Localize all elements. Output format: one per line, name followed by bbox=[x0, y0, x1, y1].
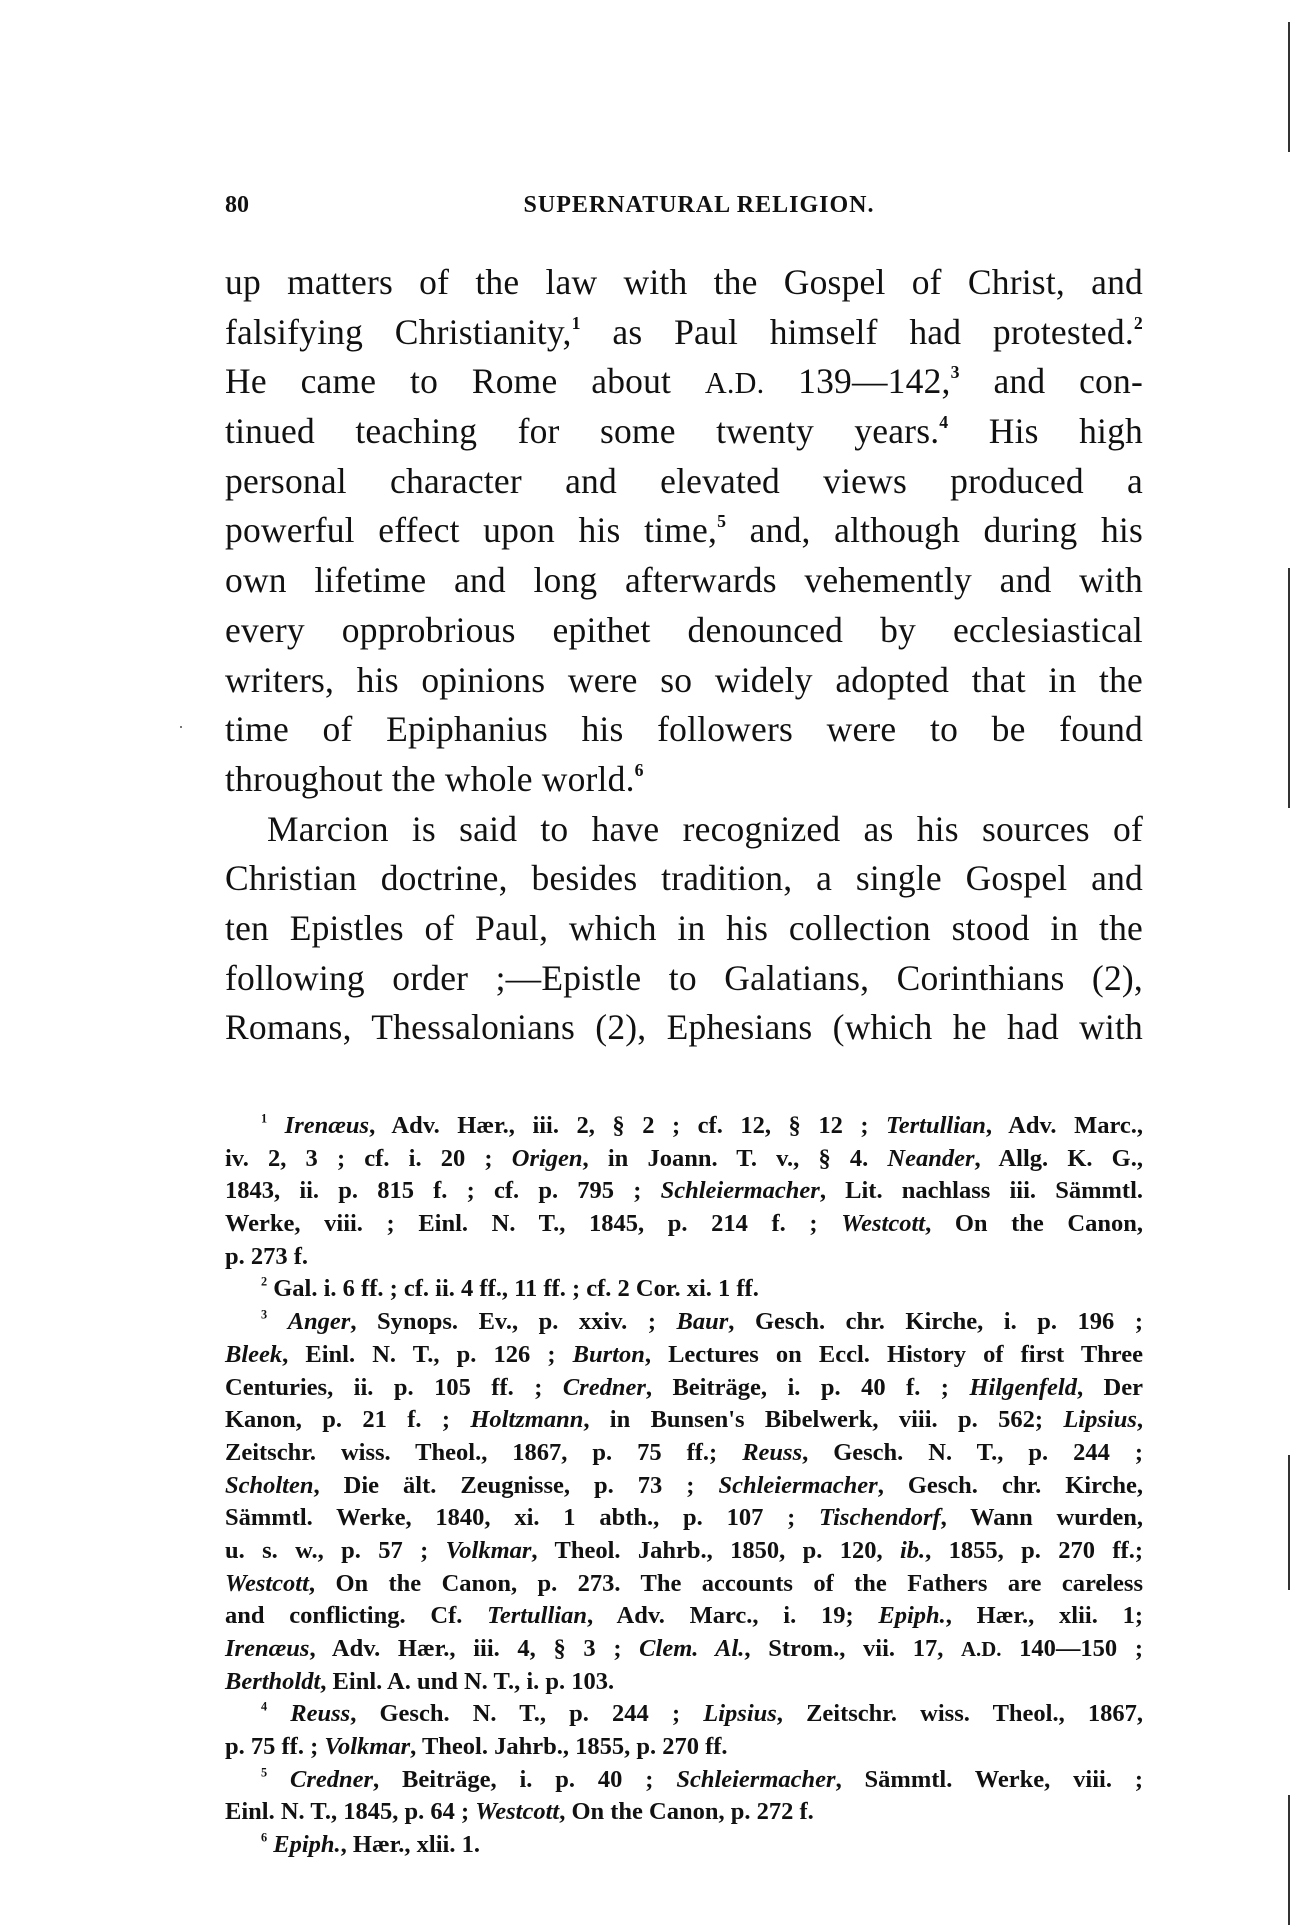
footnote-ref[interactable]: 5 bbox=[717, 511, 726, 531]
footnote-1: 1 Irenæus, Adv. Hær., iii. 2, § 2 ; cf. … bbox=[225, 1110, 1143, 1143]
footnote-line: Werke, viii. ; Einl. N. T., 1845, p. 214… bbox=[225, 1208, 1143, 1241]
text-line: writers, his opinions were so widely ado… bbox=[225, 656, 1143, 706]
footnote-line: and conflicting. Cf. Tertullian, Adv. Ma… bbox=[225, 1600, 1143, 1633]
footnote-line: Centuries, ii. p. 105 ff. ; Credner, Bei… bbox=[225, 1372, 1143, 1405]
text-line: personal character and elevated views pr… bbox=[225, 457, 1143, 507]
text-line: throughout the whole world.6 bbox=[225, 755, 1143, 805]
footnote-ref[interactable]: 4 bbox=[939, 412, 948, 432]
text-line: ten Epistles of Paul, which in his colle… bbox=[225, 904, 1143, 954]
text-line: tinued teaching for some twenty years.4 … bbox=[225, 407, 1143, 457]
text-line: Marcion is said to have recognized as hi… bbox=[225, 805, 1143, 855]
text-line: up matters of the law with the Gospel of… bbox=[225, 258, 1143, 308]
footnote-line: 1843, ii. p. 815 f. ; cf. p. 795 ; Schle… bbox=[225, 1175, 1143, 1208]
text-line: time of Epiphanius his followers were to… bbox=[225, 705, 1143, 755]
footnote-4: 4 Reuss, Gesch. N. T., p. 244 ; Lipsius,… bbox=[225, 1698, 1143, 1731]
footnote-line: p. 273 f. bbox=[225, 1241, 1143, 1274]
running-title: SUPERNATURAL RELIGION. bbox=[225, 192, 1143, 219]
footnote-3: 3 Anger, Synops. Ev., p. xxiv. ; Baur, G… bbox=[225, 1306, 1143, 1339]
footnote-ref[interactable]: 6 bbox=[635, 760, 644, 780]
book-page: 80 SUPERNATURAL RELIGION. up matters of … bbox=[0, 0, 1292, 1925]
scan-edge-line bbox=[1288, 1795, 1290, 1925]
text-line: powerful effect upon his time,5 and, alt… bbox=[225, 506, 1143, 556]
footnote-line: Irenæus, Adv. Hær., iii. 4, § 3 ; Clem. … bbox=[225, 1633, 1143, 1666]
footnote-line: u. s. w., p. 57 ; Volkmar, Theol. Jahrb.… bbox=[225, 1535, 1143, 1568]
text-line: own lifetime and long afterwards vehemen… bbox=[225, 556, 1143, 606]
scan-edge-line bbox=[1288, 568, 1290, 808]
footnote-2: 2 Gal. i. 6 ff. ; cf. ii. 4 ff., 11 ff. … bbox=[225, 1273, 1143, 1306]
footnote-line: Sämmtl. Werke, 1840, xi. 1 abth., p. 107… bbox=[225, 1502, 1143, 1535]
footnote-line: p. 75 ff. ; Volkmar, Theol. Jahrb., 1855… bbox=[225, 1731, 1143, 1764]
footnote-ref[interactable]: 2 bbox=[1134, 313, 1143, 333]
text-line: following order ;—Epistle to Galatians, … bbox=[225, 954, 1143, 1004]
footnote-line: Bertholdt, Einl. A. und N. T., i. p. 103… bbox=[225, 1666, 1143, 1699]
footnote-line: Kanon, p. 21 f. ; Holtzmann, in Bunsen's… bbox=[225, 1404, 1143, 1437]
text-line: every opprobrious epithet denounced by e… bbox=[225, 606, 1143, 656]
footnote-line: Zeitschr. wiss. Theol., 1867, p. 75 ff.;… bbox=[225, 1437, 1143, 1470]
text-line: Romans, Thessalonians (2), Ephesians (wh… bbox=[225, 1003, 1143, 1053]
footnote-line: Scholten, Die ält. Zeugnisse, p. 73 ; Sc… bbox=[225, 1470, 1143, 1503]
footnote-line: iv. 2, 3 ; cf. i. 20 ; Origen, in Joann.… bbox=[225, 1143, 1143, 1176]
footnotes: 1 Irenæus, Adv. Hær., iii. 2, § 2 ; cf. … bbox=[225, 1110, 1143, 1862]
footnote-line: Einl. N. T., 1845, p. 64 ; Westcott, On … bbox=[225, 1796, 1143, 1829]
scan-edge-line bbox=[1288, 22, 1290, 152]
footnote-ref[interactable]: 3 bbox=[951, 362, 960, 382]
scan-edge-line bbox=[1288, 1455, 1290, 1590]
footnote-line: Bleek, Einl. N. T., p. 126 ; Burton, Lec… bbox=[225, 1339, 1143, 1372]
main-text: up matters of the law with the Gospel of… bbox=[225, 258, 1143, 1053]
text-line: Christian doctrine, besides tradition, a… bbox=[225, 854, 1143, 904]
footnote-line: Westcott, On the Canon, p. 273. The acco… bbox=[225, 1568, 1143, 1601]
scan-speck bbox=[180, 726, 182, 728]
text-line: falsifying Christianity,1 as Paul himsel… bbox=[225, 308, 1143, 358]
text-line: He came to Rome about A.D. 139—142,3 and… bbox=[225, 357, 1143, 407]
page-header: 80 SUPERNATURAL RELIGION. bbox=[225, 192, 1143, 224]
footnote-6: 6 Epiph., Hær., xlii. 1. bbox=[225, 1829, 1143, 1862]
footnote-ref[interactable]: 1 bbox=[572, 313, 581, 333]
footnote-5: 5 Credner, Beiträge, i. p. 40 ; Schleier… bbox=[225, 1764, 1143, 1797]
